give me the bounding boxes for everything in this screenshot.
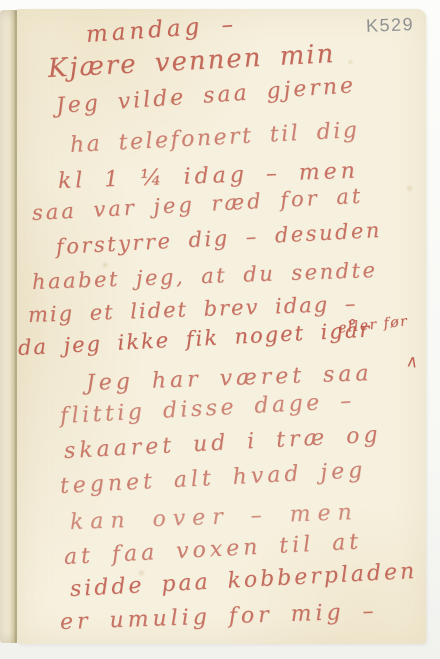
page-fold-edge [0,10,17,643]
age-spot [405,185,414,192]
scan-background: K529 mandag – Kjære vennen min Jeg vilde… [0,0,440,659]
age-spot [347,59,354,65]
catalog-number: K529 [366,14,415,37]
